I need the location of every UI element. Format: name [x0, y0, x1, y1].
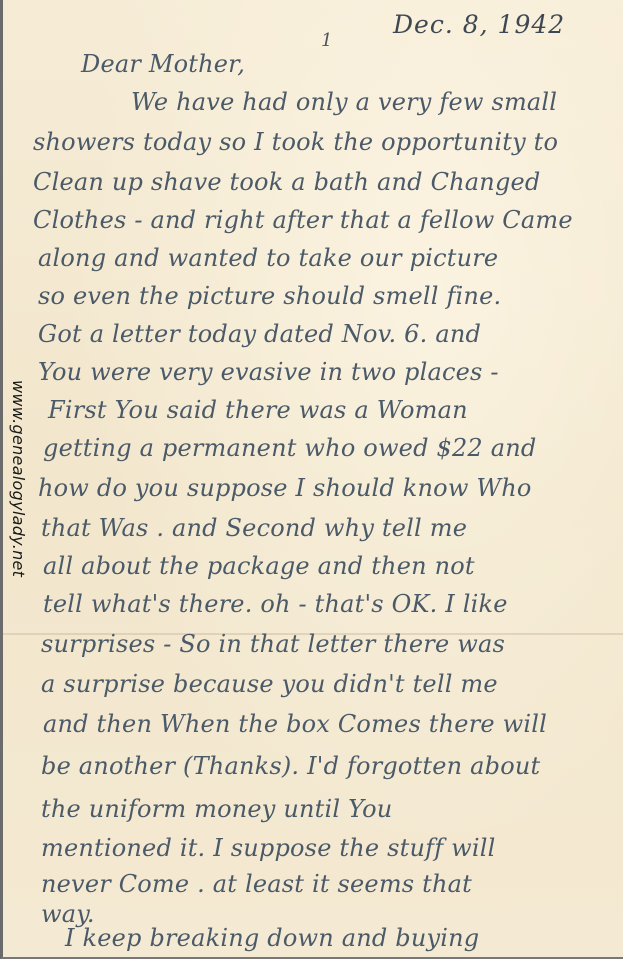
letter-line: Clean up shave took a bath and Changed: [33, 168, 541, 196]
letter-line: never Come . at least it seems that: [41, 870, 472, 898]
letter-line: a surprise because you didn't tell me: [41, 670, 498, 698]
letter-line: that Was . and Second why tell me: [41, 514, 467, 542]
letter-line-text: along and wanted to take our picture: [38, 244, 498, 272]
letter-line: tell what's there. oh - that's OK. I lik…: [43, 590, 508, 618]
letter-line: First You said there was a Woman: [48, 396, 468, 424]
letter-line: Clothes - and right after that a fellow …: [33, 206, 573, 234]
letter-line: mentioned it. I suppose the stuff will: [41, 834, 496, 862]
letter-line: I keep breaking down and buying: [65, 924, 479, 952]
letter-line: You were very evasive in two places -: [38, 358, 499, 386]
letter-line: so even the picture should smell fine.: [38, 282, 501, 310]
letter-line: Got a letter today dated Nov. 6. and: [38, 320, 481, 348]
page-number: 1: [321, 30, 332, 51]
watermark-text: www.genealogylady.net: [9, 380, 28, 577]
salutation: Dear Mother,: [81, 50, 245, 78]
letter-line: and then When the box Comes there will: [43, 710, 547, 738]
letter-line: how do you suppose I should know Who: [38, 474, 532, 502]
letter-line: We have had only a very few small: [131, 88, 557, 116]
letter-line: surprises - So in that letter there was: [41, 630, 505, 658]
letter-line: the uniform money until You: [41, 795, 392, 823]
letter-date: Dec. 8, 1942: [393, 10, 565, 39]
letter-line: all about the package and then not: [43, 552, 475, 580]
letter-line: be another (Thanks). I'd forgotten about: [41, 752, 540, 780]
letter-line: getting a permanent who owed $22 and: [43, 434, 536, 462]
letter-line-with-strikeout: along and wanted to take our picture: [38, 244, 498, 272]
letter-page: www.genealogylady.net 1 Dec. 8, 1942 Dea…: [0, 0, 623, 959]
letter-line: showers today so I took the opportunity …: [33, 128, 558, 156]
